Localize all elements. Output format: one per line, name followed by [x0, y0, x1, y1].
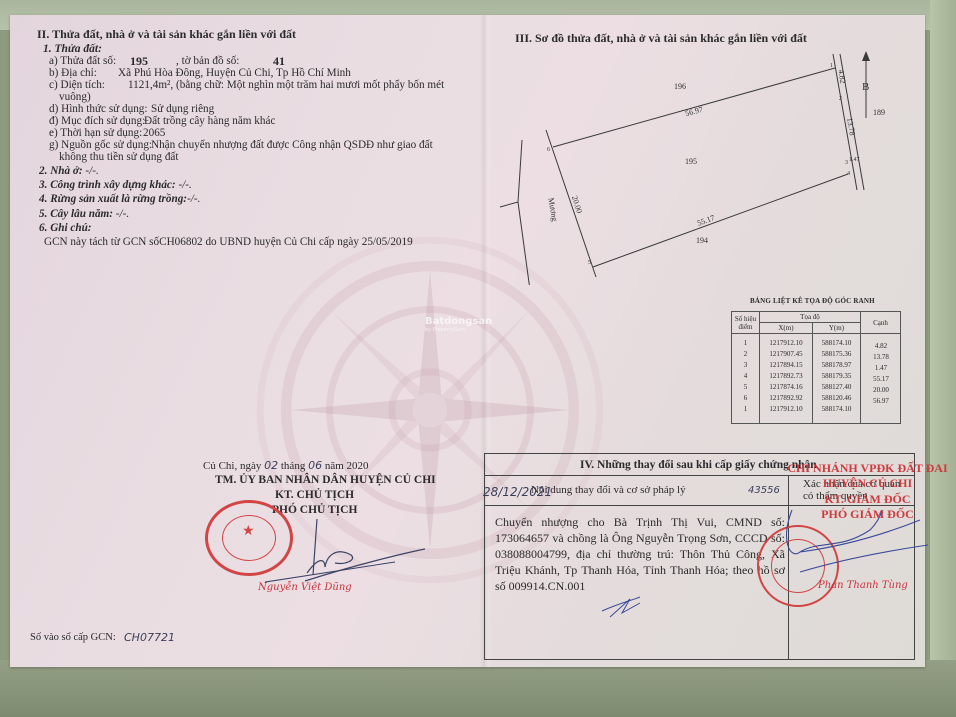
coordinate-cell-y: 588174.10	[812, 334, 860, 350]
point-5-label: 5	[588, 260, 591, 266]
coordinate-cell-p: 4	[732, 371, 760, 382]
usage-origin-label: g) Nguồn gốc sử dụng:	[49, 139, 152, 151]
parcel-196-label: 196	[674, 82, 686, 91]
coordinate-cell-x: 1217892.92	[760, 393, 813, 404]
signature-right-scribble	[780, 490, 930, 580]
part-3-construction-label: 3. Công trình xây dựng khác: -/-.	[39, 179, 192, 191]
parcel-194-label: 194	[696, 236, 708, 245]
edge-length-value: 13.78	[861, 353, 901, 361]
point-6-label: 6	[547, 147, 550, 153]
section-2-title: II. Thửa đất, nhà ở và tài sản khác gắn …	[37, 27, 296, 42]
change-content: Chuyển nhượng cho Bà Trịnh Thị Vui, CMND…	[495, 514, 785, 594]
coordinate-cell-p: 5	[732, 382, 760, 393]
header-edge: Cạnh	[861, 312, 901, 334]
notes-value: GCN này tách từ GCN sốCH06802 do UBND hu…	[44, 236, 413, 248]
initial-scribble	[600, 593, 660, 623]
change-date-handwritten: 28/12/2021	[483, 485, 552, 499]
background-surface-right	[930, 0, 956, 717]
point-3-label: 3	[845, 160, 848, 166]
coordinate-cell-y: 588178.97	[812, 360, 860, 371]
coordinate-cell-x: 1217912.10	[760, 404, 813, 424]
coordinate-cell-p: 6	[732, 393, 760, 404]
coordinate-cell-x: 1217892.73	[760, 371, 813, 382]
address-label: b) Địa chỉ:	[49, 67, 97, 79]
edge-length-1-47: 1.47	[849, 157, 860, 163]
usage-form-value: Sử dụng riêng	[151, 103, 214, 115]
header-point: Số hiệu điểm	[732, 312, 760, 334]
coordinate-cell-x: 1217912.10	[760, 334, 813, 350]
coordinate-cell-y: 588179.35	[812, 371, 860, 382]
registry-number-value: CH07721	[124, 631, 175, 644]
header-y: Y(m)	[812, 323, 860, 334]
usage-term-value: 2065	[143, 127, 165, 139]
edge-length-value: 1.47	[861, 364, 901, 372]
edge-cell	[861, 404, 901, 424]
coordinate-cell-x: 1217907.45	[760, 349, 813, 360]
coordinate-row: 11217912.10588174.10	[732, 404, 901, 424]
signature-left-scribble	[265, 515, 435, 590]
coordinate-cell-p: 1	[732, 334, 760, 350]
part-1-title: 1. Thửa đất:	[43, 43, 102, 55]
edge-length-value: 55.17	[861, 375, 901, 383]
part-4-forest-label: 4. Rừng sản xuất là rừng trồng:-/-.	[39, 193, 200, 205]
usage-form-label: d) Hình thức sử dụng:	[49, 103, 148, 115]
change-content-header: Nội dung thay đổi và cơ sở pháp lý	[531, 484, 686, 496]
registry-number-label: Số vào sổ cấp GCN:	[30, 632, 116, 643]
usage-term-label: e) Thời hạn sử dụng:	[49, 127, 142, 139]
parcel-195-label: 195	[685, 157, 697, 166]
map-sheet-label: , tờ bản đồ số:	[176, 55, 239, 67]
section-3-title: III. Sơ đồ thửa đất, nhà ở và tài sản kh…	[515, 31, 807, 46]
background-surface-bottom	[0, 660, 956, 717]
edge-length-value: 20.00	[861, 386, 901, 394]
coordinate-cell-x: 1217874.16	[760, 382, 813, 393]
point-1-label: 1	[830, 63, 833, 69]
coordinate-cell-p: 2	[732, 349, 760, 360]
usage-purpose-value: Đất trồng cây hàng năm khác	[144, 115, 275, 127]
north-label: B	[862, 81, 869, 93]
coordinate-cell-y: 588127.40	[812, 382, 860, 393]
signer-name-right: Phan Thanh Tùng	[818, 580, 908, 591]
area-value-continued: vuông)	[59, 91, 91, 103]
coordinate-cell-p: 1	[732, 404, 760, 424]
usage-origin-value: Nhận chuyển nhượng đất được Công nhận QS…	[151, 139, 433, 151]
parcel-number-label: a) Thửa đất số:	[49, 55, 116, 67]
address-value: Xã Phú Hòa Đông, Huyện Củ Chi, Tp Hồ Chí…	[118, 67, 351, 79]
part-6-notes-label: 6. Ghi chú:	[39, 222, 92, 234]
issuing-authority: TM. ỦY BAN NHÂN DÂN HUYỆN CỦ CHI	[215, 474, 436, 486]
usage-purpose-label: đ) Mục đích sử dụng:	[49, 115, 145, 127]
coordinate-cell-x: 1217894.15	[760, 360, 813, 371]
part-5-perennial-label: 5. Cây lâu năm: -/-.	[39, 208, 129, 220]
stamp-org-line-2: HUYỆN CỦ CHI	[775, 476, 956, 491]
coordinate-cell-p: 3	[732, 360, 760, 371]
star-icon: ★	[242, 523, 255, 540]
stamp-org-line-1: CHI NHÁNH VPĐK ĐẤT ĐAI	[775, 461, 956, 476]
parcel-189-label: 189	[873, 108, 885, 117]
usage-origin-value-continued: không thu tiền sử dụng đất	[59, 151, 179, 163]
coordinate-cell-y: 588120.46	[812, 393, 860, 404]
parcel-diagram: B 196 195 194 189 Mương 56.97 4.82 13.78…	[480, 45, 920, 285]
area-label: c) Diện tích:	[49, 79, 105, 91]
signer-name-left: Nguyễn Việt Dũng	[258, 582, 352, 593]
batdongsan-watermark: Batdongsanby PropertyGuru	[425, 316, 492, 333]
point-2-label: 2	[839, 96, 842, 102]
header-coord: Tọa độ	[760, 312, 861, 323]
part-2-house-label: 2. Nhà ở: -/-.	[39, 165, 99, 177]
issue-date-line: Củ Chi, ngày 02 tháng 06 năm 2020	[203, 459, 369, 472]
header-x: X(m)	[760, 323, 813, 334]
area-value: 1121,4m², (bằng chữ: Một nghìn một trăm …	[128, 79, 444, 91]
coordinate-table-title: BẢNG LIỆT KÊ TỌA ĐỘ GÓC RANH	[750, 297, 875, 305]
signer-role-1: KT. CHỦ TỊCH	[275, 489, 354, 501]
coordinate-cell-y: 588175.36	[812, 349, 860, 360]
point-4-label: 4	[847, 171, 850, 177]
edge-length-value: 4.82	[861, 342, 901, 350]
edge-length-value: 56.97	[861, 397, 901, 405]
coordinate-cell-y: 588174.10	[812, 404, 860, 424]
